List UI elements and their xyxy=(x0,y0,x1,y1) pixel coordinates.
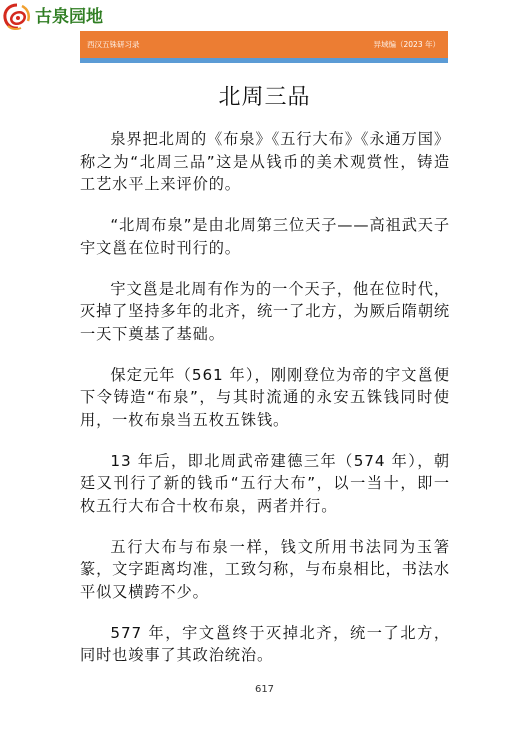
logo-text: 古泉园地 xyxy=(35,2,103,32)
article-body: 泉界把北周的《布泉》《五行大布》《永通万国》称之为“北周三品”这是从钱币的美术观… xyxy=(80,128,450,685)
paragraph: 577 年，宇文邕终于灭掉北齐，统一了北方，同时也竣事了其政治统治。 xyxy=(80,622,450,667)
paragraph: 13 年后，即北周武帝建德三年（574 年），朝廷又刊行了新的钱币“五行大布”，… xyxy=(80,450,450,518)
paragraph: 泉界把北周的《布泉》《五行大布》《永通万国》称之为“北周三品”这是从钱币的美术观… xyxy=(80,128,450,196)
running-header: 西汉五铢研习录 异域编（2023 年） xyxy=(80,31,448,58)
article-title: 北周三品 xyxy=(0,80,529,111)
paragraph: “北周布泉”是由北周第三位天子——高祖武天子宇文邕在位时刊行的。 xyxy=(80,214,450,259)
site-logo[interactable]: 古泉园地 xyxy=(2,2,103,32)
spiral-coin-logo-icon xyxy=(2,2,32,32)
paragraph: 宇文邕是北周有作为的一个天子，他在位时代，灭掉了坚持多年的北齐，统一了北方，为厥… xyxy=(80,278,450,346)
paragraph: 五行大布与布泉一样，钱文所用书法同为玉箸篆，文字距离均准，工致匀称，与布泉相比，… xyxy=(80,536,450,604)
header-divider xyxy=(80,58,448,63)
paragraph: 保定元年（561 年），刚刚登位为帝的宇文邕便下令铸造“布泉”，与其时流通的永安… xyxy=(80,364,450,432)
header-book-title: 西汉五铢研习录 xyxy=(87,39,140,50)
header-section-title: 异域编（2023 年） xyxy=(374,39,440,50)
page-number: 617 xyxy=(0,684,529,695)
